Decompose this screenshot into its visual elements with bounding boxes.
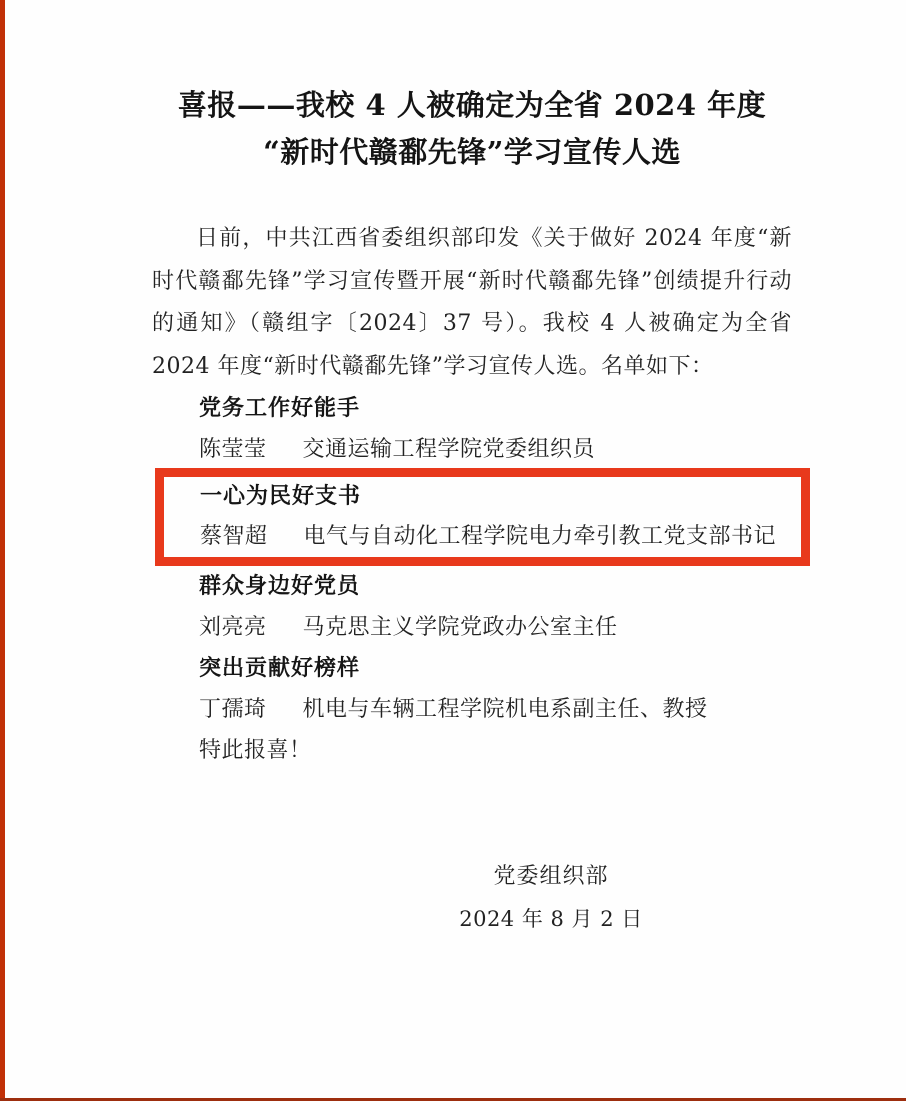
recipient-name: 陈莹莹 (199, 437, 267, 462)
document-title-line2: “新时代赣鄱先锋”学习宣传人选 (152, 129, 792, 176)
signature-department: 党委组织部 (431, 856, 671, 897)
page-left-border (0, 0, 5, 1101)
document-title-line1: 喜报——我校 4 人被确定为全省 2024 年度 (152, 82, 792, 129)
highlight-box: 一心为民好支书 蔡智超电气与自动化工程学院电力牵引教工党支部书记 (155, 468, 810, 566)
recipient-title: 电气与自动化工程学院电力牵引教工党支部书记 (304, 524, 777, 549)
award-category: 党务工作好能手 (199, 388, 792, 429)
document-title: 喜报——我校 4 人被确定为全省 2024 年度 “新时代赣鄱先锋”学习宣传人选 (152, 82, 792, 176)
award-recipient: 蔡智超电气与自动化工程学院电力牵引教工党支部书记 (200, 517, 801, 557)
recipient-title: 马克思主义学院党政办公室主任 (303, 615, 618, 640)
signature-block: 党委组织部 2024 年 8 月 2 日 (431, 856, 671, 941)
closing-line: 特此报喜！ (152, 730, 792, 771)
award-category: 一心为民好支书 (200, 477, 801, 517)
announcement-page: 喜报——我校 4 人被确定为全省 2024 年度 “新时代赣鄱先锋”学习宣传人选… (0, 0, 906, 1101)
document-body: 喜报——我校 4 人被确定为全省 2024 年度 “新时代赣鄱先锋”学习宣传人选… (152, 0, 792, 941)
award-list: 党务工作好能手 陈莹莹交通运输工程学院党委组织员 一心为民好支书 蔡智超电气与自… (152, 388, 792, 771)
recipient-name: 丁孺琦 (199, 697, 267, 722)
award-category: 突出贡献好榜样 (199, 648, 792, 689)
award-recipient: 陈莹莹交通运输工程学院党委组织员 (199, 429, 792, 470)
award-section-3: 群众身边好党员 刘亮亮马克思主义学院党政办公室主任 (152, 566, 792, 648)
signature-date: 2024 年 8 月 2 日 (431, 897, 671, 941)
award-section-4: 突出贡献好榜样 丁孺琦机电与车辆工程学院机电系副主任、教授 (152, 648, 792, 730)
recipient-title: 交通运输工程学院党委组织员 (303, 437, 596, 462)
award-section-1: 党务工作好能手 陈莹莹交通运输工程学院党委组织员 (152, 388, 792, 470)
recipient-name: 刘亮亮 (199, 615, 267, 640)
award-category: 群众身边好党员 (199, 566, 792, 607)
recipient-name: 蔡智超 (200, 524, 268, 549)
award-recipient: 丁孺琦机电与车辆工程学院机电系副主任、教授 (199, 689, 792, 730)
recipient-title: 机电与车辆工程学院机电系副主任、教授 (303, 697, 708, 722)
award-recipient: 刘亮亮马克思主义学院党政办公室主任 (199, 607, 792, 648)
award-section-2: 一心为民好支书 蔡智超电气与自动化工程学院电力牵引教工党支部书记 (200, 477, 801, 557)
intro-paragraph: 日前，中共江西省委组织部印发《关于做好 2024 年度“新时代赣鄱先锋”学习宣传… (152, 218, 792, 388)
